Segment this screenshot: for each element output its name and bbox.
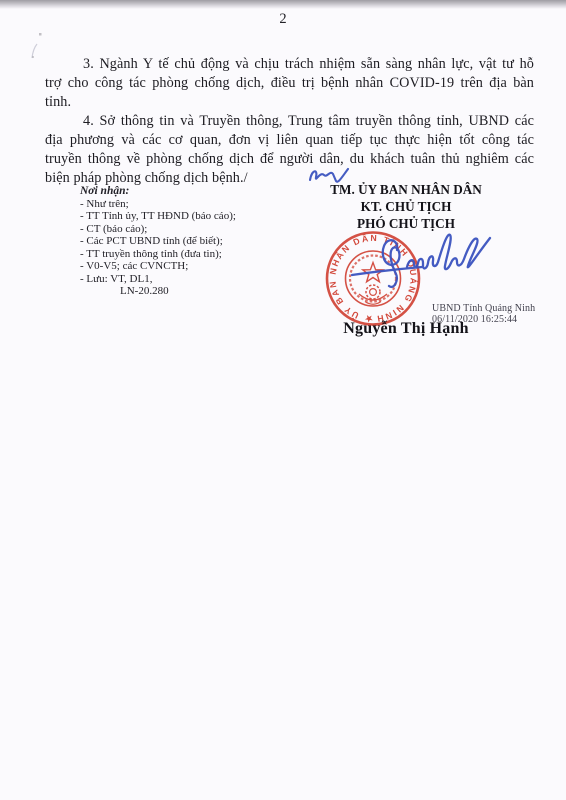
- org-title-line: TM. ỦY BAN NHÂN DÂN: [300, 182, 512, 199]
- paragraph-line: truyền thông về phòng chống dịch để ngườ…: [45, 150, 534, 169]
- recipient-item: - V0-V5; các CVNCTH;: [80, 260, 310, 273]
- paragraph-line: 4. Sở thông tin và Truyền thông, Trung t…: [45, 112, 534, 131]
- recipient-item: - TT truyền thông tỉnh (đưa tin);: [80, 248, 310, 261]
- scanned-document-page: 2 3. Ngành Y tế chủ động và chịu trách n…: [0, 0, 566, 800]
- paragraph-line: trợ cho công tác phòng chống dịch, điều …: [45, 74, 534, 93]
- recipients-header: Nơi nhận:: [80, 185, 310, 198]
- page-number: 2: [0, 11, 566, 28]
- org-title-line: KT. CHỦ TỊCH: [300, 199, 512, 216]
- recipient-item: - CT (báo cáo);: [80, 223, 310, 236]
- recipient-item: - Như trên;: [80, 198, 310, 211]
- recipient-item: - TT Tỉnh ủy, TT HĐND (báo cáo);: [80, 210, 310, 223]
- paragraph-line: tỉnh.: [45, 93, 534, 112]
- document-body: 3. Ngành Y tế chủ động và chịu trách nhi…: [45, 55, 534, 188]
- recipients-block: Nơi nhận: - Như trên; - TT Tỉnh ủy, TT H…: [80, 185, 310, 298]
- recipient-item: LN-20.280: [80, 285, 310, 298]
- recipient-item: - Lưu: VT, DL1,: [80, 273, 310, 286]
- recipient-item: - Các PCT UBND tỉnh (để biết);: [80, 235, 310, 248]
- paragraph-line: 3. Ngành Y tế chủ động và chịu trách nhi…: [45, 55, 534, 74]
- signer-name: Nguyễn Thị Hạnh: [300, 320, 512, 338]
- digital-signature-org: UBND Tỉnh Quảng Ninh: [432, 304, 562, 315]
- scan-top-edge: [0, 0, 566, 9]
- paragraph-line: địa phương và các cơ quan, đơn vị liên q…: [45, 131, 534, 150]
